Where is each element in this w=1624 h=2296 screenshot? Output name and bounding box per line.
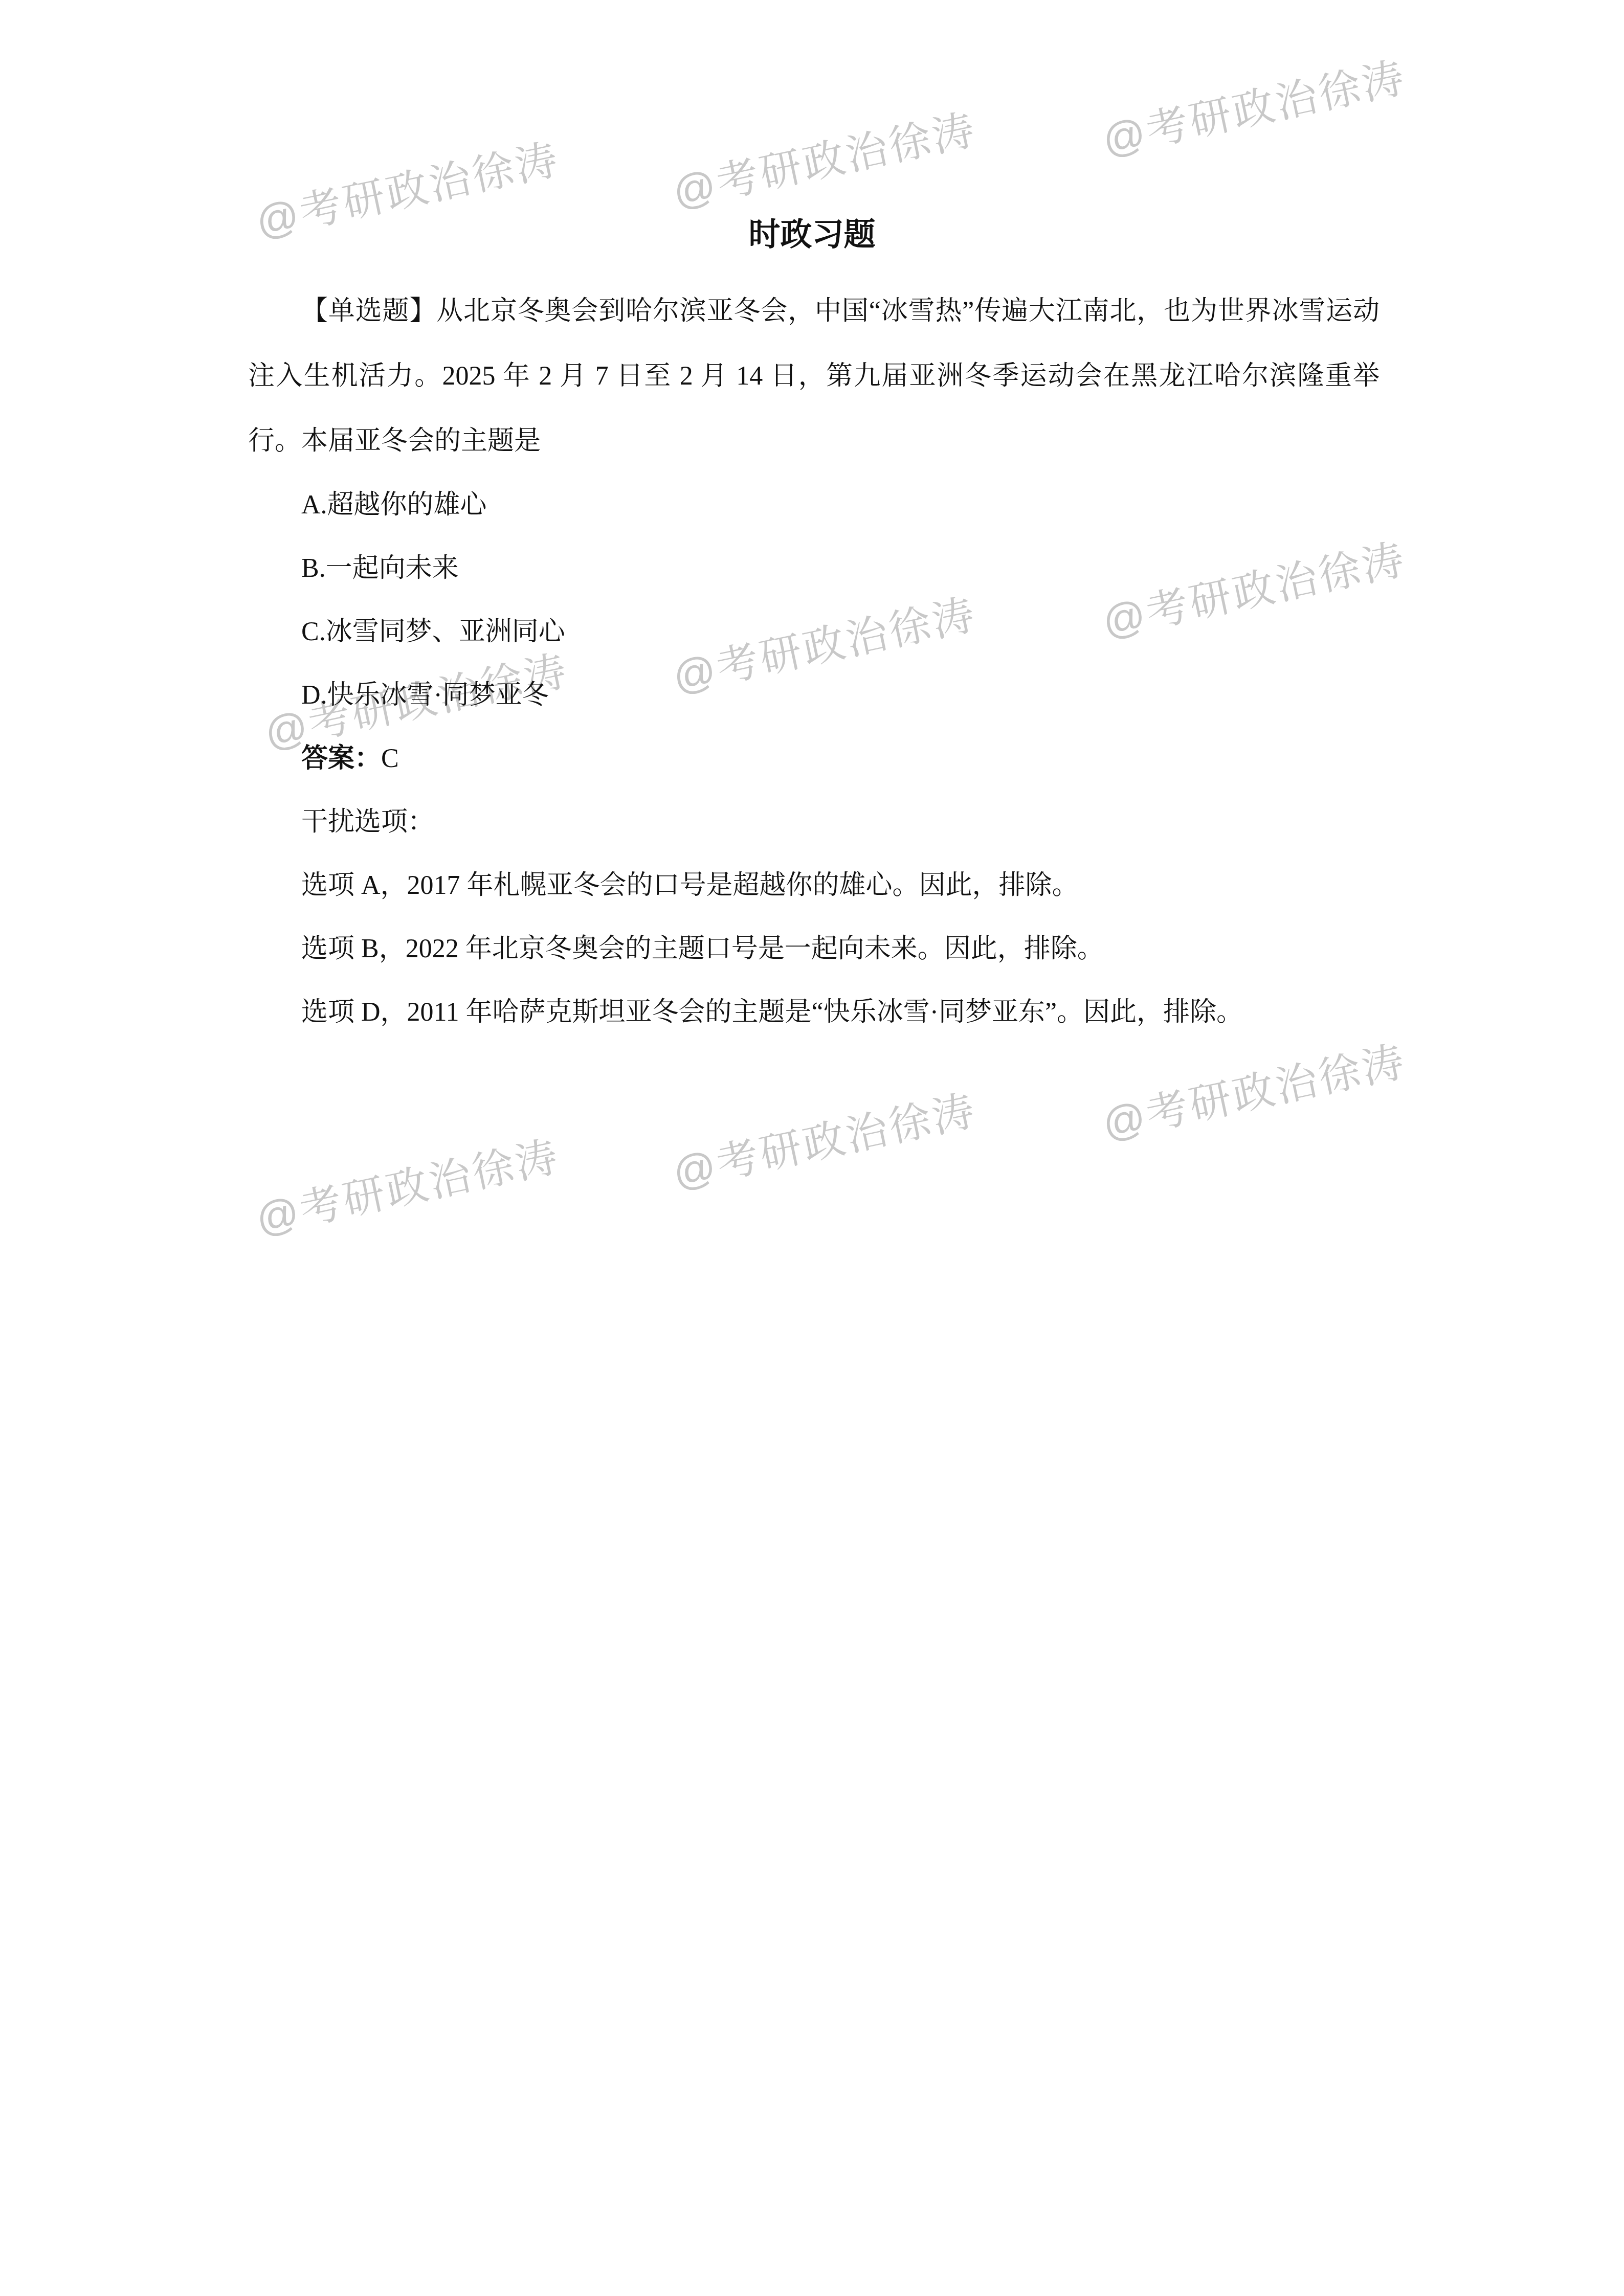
option-d: D.快乐冰雪·同梦亚冬: [248, 664, 1380, 727]
question-stem: 【单选题】从北京冬奥会到哈尔滨亚冬会，中国“冰雪热”传遍大江南北，也为世界冰雪运…: [248, 279, 1380, 474]
question-block: 【单选题】从北京冬奥会到哈尔滨亚冬会，中国“冰雪热”传遍大江南北，也为世界冰雪运…: [248, 279, 1380, 1044]
option-a: A.超越你的雄心: [248, 474, 1380, 537]
document-page: @考研政治徐涛 @考研政治徐涛 @考研政治徐涛 @考研政治徐涛 @考研政治徐涛 …: [0, 0, 1624, 2296]
page-title: 时政习题: [0, 217, 1624, 254]
answer-line: 答案：C: [248, 727, 1380, 791]
explanation-option-a: 选项 A，2017 年札幌亚冬会的口号是超越你的雄心。因此，排除。: [248, 854, 1380, 917]
answer-value: C: [381, 744, 399, 773]
watermark: @考研政治徐涛: [669, 1082, 1009, 1197]
option-b: B.一起向未来: [248, 537, 1380, 600]
watermark: @考研政治徐涛: [1099, 1032, 1438, 1147]
watermark: @考研政治徐涛: [1099, 49, 1438, 164]
answer-label: 答案：: [301, 744, 381, 773]
distractor-heading: 干扰选项：: [248, 791, 1380, 854]
watermark: @考研政治徐涛: [252, 1128, 592, 1243]
explanation-option-d: 选项 D，2011 年哈萨克斯坦亚冬会的主题是“快乐冰雪·同梦亚东”。因此，排除…: [248, 981, 1380, 1044]
option-c: C.冰雪同梦、亚洲同心: [248, 600, 1380, 664]
explanation-option-b: 选项 B，2022 年北京冬奥会的主题口号是一起向未来。因此，排除。: [248, 917, 1380, 981]
watermark: @考研政治徐涛: [669, 101, 1009, 216]
